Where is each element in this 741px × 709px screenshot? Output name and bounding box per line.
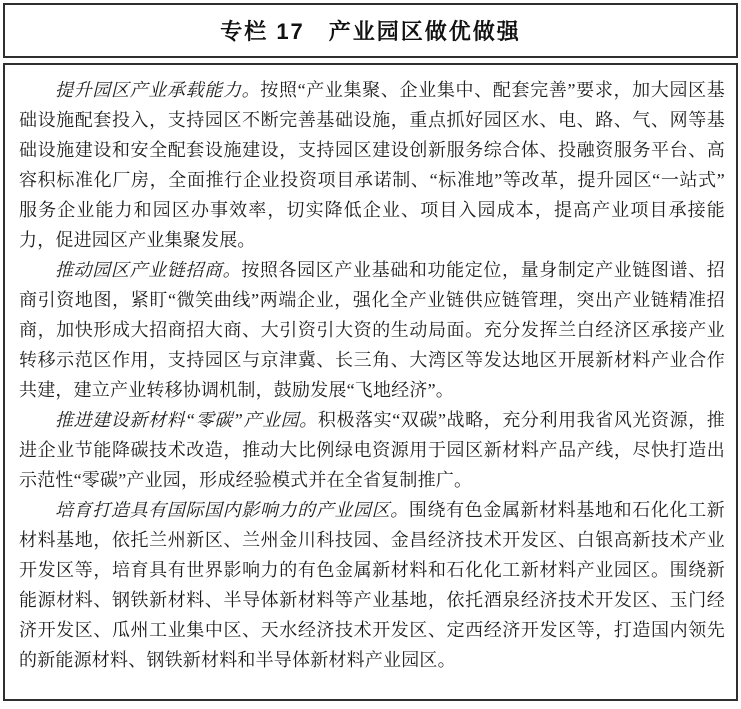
paragraph-1-text: 按照“产业集聚、企业集中、配套完善”要求，加大园区基础设施配套投入，支持园区不断… — [19, 80, 725, 250]
paragraph-3: 推进建设新材料“零碳”产业园。积极落实“双碳”战略，充分利用我省风光资源，推进企… — [19, 405, 725, 495]
paragraph-2: 推动园区产业链招商。按照各园区产业基础和功能定位，量身制定产业链图谱、招商引资地… — [19, 255, 725, 405]
panel-title-box: 专栏 17 产业园区做优做强 — [3, 3, 738, 58]
paragraph-1: 提升园区产业承载能力。按照“产业集聚、企业集中、配套完善”要求，加大园区基础设施… — [19, 75, 725, 255]
document-page: 专栏 17 产业园区做优做强 提升园区产业承载能力。按照“产业集聚、企业集中、配… — [0, 0, 741, 709]
paragraph-4: 培育打造具有国际国内影响力的产业园区。围绕有色金属新材料基地和石化化工新材料基地… — [19, 495, 725, 675]
panel-body-box: 提升园区产业承载能力。按照“产业集聚、企业集中、配套完善”要求，加大园区基础设施… — [3, 63, 738, 701]
paragraph-1-lead: 提升园区产业承载能力。 — [55, 80, 260, 100]
paragraph-2-text: 按照各园区产业基础和功能定位，量身制定产业链图谱、招商引资地图，紧盯“微笑曲线”… — [19, 260, 725, 400]
paragraph-4-text: 围绕有色金属新材料基地和石化化工新材料基地，依托兰州新区、兰州金川科技园、金昌经… — [19, 500, 725, 670]
paragraph-3-lead: 推进建设新材料“零碳”产业园。 — [55, 410, 318, 430]
panel-title: 专栏 17 产业园区做优做强 — [220, 15, 521, 46]
paragraph-4-lead: 培育打造具有国际国内影响力的产业园区。 — [55, 500, 409, 520]
paragraph-2-lead: 推动园区产业链招商。 — [55, 260, 241, 280]
